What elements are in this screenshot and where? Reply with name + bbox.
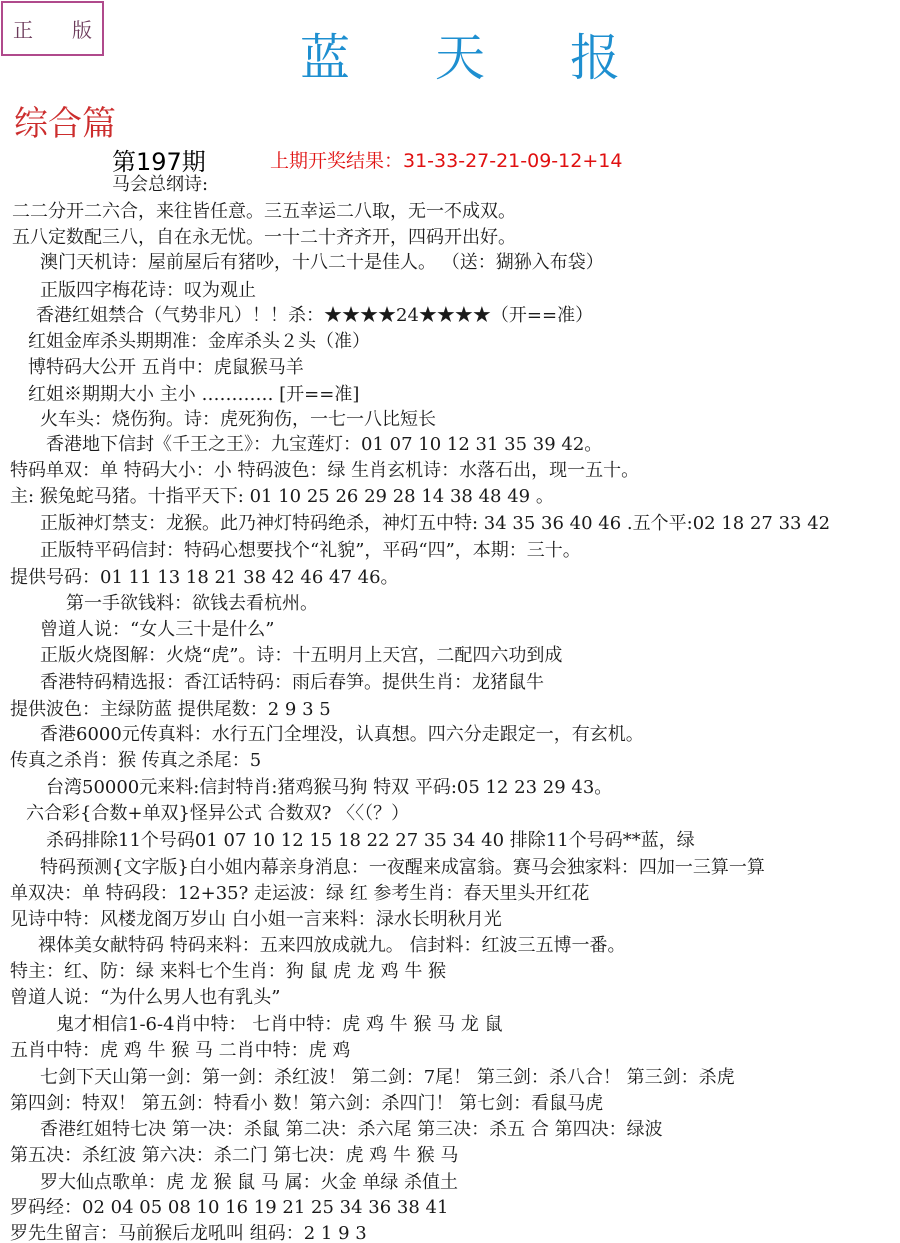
text-line: 杀码排除11个号码01 07 10 12 15 18 22 27 35 34 4…	[46, 830, 695, 852]
text-line: 二二分开二六合，来往皆任意。三五幸运二八取，无一不成双。	[12, 201, 516, 223]
text-line: 正版特平码信封：特码心想要找个“礼貌”，平码“四”，本期：三十。	[40, 540, 581, 562]
text-line: 香港特码精选报：香江话特码：雨后春笋。提供生肖：龙猪鼠牛	[40, 672, 544, 694]
text-line: 第一手欲钱料：欲钱去看杭州。	[66, 593, 318, 615]
text-line: 特码预测{文字版}白小姐内幕亲身消息：一夜醒来成富翁。赛马会独家料：四加一三算一…	[40, 857, 765, 879]
issue-number: 第197期	[112, 142, 206, 177]
text-line: 提供波色：主绿防蓝 提供尾数：2 9 3 5	[10, 699, 331, 721]
text-line: 香港红姐特七决 第一决：杀鼠 第二决：杀六尾 第三决：杀五 合 第四决：绿波	[40, 1119, 663, 1141]
text-line: 七剑下天山第一剑：第一剑：杀红波！ 第二剑：7尾！ 第三剑：杀八合！ 第三剑：杀…	[40, 1067, 735, 1089]
text-line: 第五决：杀红波 第六决：杀二门 第七决：虎 鸡 牛 猴 马	[10, 1145, 458, 1167]
masthead-title: 蓝 天 报	[300, 18, 620, 90]
masthead-char-3: 报	[570, 18, 620, 90]
text-line: 火车头：烧伤狗。诗：虎死狗伤，一七一八比短长	[40, 409, 436, 431]
text-line: 罗大仙点歌单：虎 龙 猴 鼠 马 属：火金 单绿 杀值土	[40, 1172, 458, 1194]
text-line: 单双决：单 特码段：12+35? 走运波：绿 红 参考生肖：春天里头开红花	[10, 883, 589, 905]
text-line: 特码单双：单 特码大小：小 特码波色：绿 生肖玄机诗：水落石出，现一五十。	[10, 460, 639, 482]
text-line: 正版四字梅花诗：叹为观止	[40, 280, 256, 302]
text-line: 提供号码：01 11 13 18 21 38 42 46 47 46。	[10, 567, 399, 589]
text-line: 六合彩{合数+单双}怪异公式 合数双? 〈〈（？）	[26, 803, 409, 825]
text-line: 主: 猴兔蛇马猪。十指平天下: 01 10 25 26 29 28 14 38 …	[10, 486, 554, 508]
text-line: 香港6000元传真料：水行五门全埋没，认真想。四六分走跟定一，有玄机。	[40, 724, 644, 746]
section-title: 综合篇	[14, 96, 116, 145]
text-line: 五肖中特：虎 鸡 牛 猴 马 二肖中特：虎 鸡	[10, 1040, 350, 1062]
text-line: 曾道人说：“女人三十是什么”	[40, 619, 274, 641]
text-line: 红姐※期期大小 主小 ………… [开==准]	[28, 384, 359, 406]
masthead-char-1: 蓝	[300, 18, 350, 90]
last-draw-result: 上期开奖结果：31-33-27-21-09-12+14	[270, 146, 622, 173]
badge-char-2: 版	[72, 14, 92, 43]
text-line: 澳门天机诗：屋前屋后有猪吵，十八二十是佳人。 （送：猢狲入布袋）	[40, 252, 604, 274]
text-line: 鬼才相信1-6-4肖中特： 七肖中特：虎 鸡 牛 猴 马 龙 鼠	[56, 1014, 503, 1036]
text-line: 正版神灯禁支：龙猴。此乃神灯特码绝杀，神灯五中特: 34 35 36 40 46…	[40, 513, 830, 535]
text-line: 红姐金库杀头期期准：金库杀头２头（准）	[28, 331, 370, 353]
text-line: 裸体美女献特码 特码来料：五来四放成就九。 信封料：红波三五博一番。	[38, 935, 625, 957]
text-line: 五八定数配三八，自在永无忧。一十二十齐齐开，四码开出好。	[12, 227, 516, 249]
text-line: 香港地下信封《千王之王》：九宝莲灯：01 07 10 12 31 35 39 4…	[46, 434, 602, 456]
text-line: 见诗中特：风楼龙阁万岁山 白小姐一言来料：渌水长明秋月光	[10, 909, 502, 931]
text-line: 罗先生留言：马前猴后龙吼叫 组码：2 1 9 3	[10, 1223, 367, 1243]
text-line: 香港红姐禁合（气势非凡）！！杀：★★★★24★★★★（开==准）	[36, 305, 593, 327]
text-line: 第四剑：特双！ 第五剑：特看小 数！第六剑：杀四门！ 第七剑：看鼠马虎	[10, 1093, 603, 1115]
text-line: 特主：红、防：绿 来料七个生肖：狗 鼠 虎 龙 鸡 牛 猴	[10, 961, 446, 983]
text-line: 正版火烧图解：火烧“虎”。诗：十五明月上天宫，二配四六功到成	[40, 645, 562, 667]
text-line: 台湾50000元来料:信封特肖:猪鸡猴马狗 特双 平码:05 12 23 29 …	[46, 777, 612, 799]
text-line: 曾道人说：“为什么男人也有乳头”	[10, 987, 280, 1009]
authentic-edition-badge: 正 版	[1, 1, 104, 56]
text-line: 博特码大公开 五肖中：虎鼠猴马羊	[28, 357, 304, 379]
badge-char-1: 正	[13, 14, 33, 43]
text-line: 罗码经：02 04 05 08 10 16 19 21 25 34 36 38 …	[10, 1197, 448, 1219]
text-line: 传真之杀肖：猴 传真之杀尾：5	[10, 750, 261, 772]
text-line: 马会总纲诗:	[112, 174, 208, 196]
masthead-char-2: 天	[435, 18, 485, 90]
